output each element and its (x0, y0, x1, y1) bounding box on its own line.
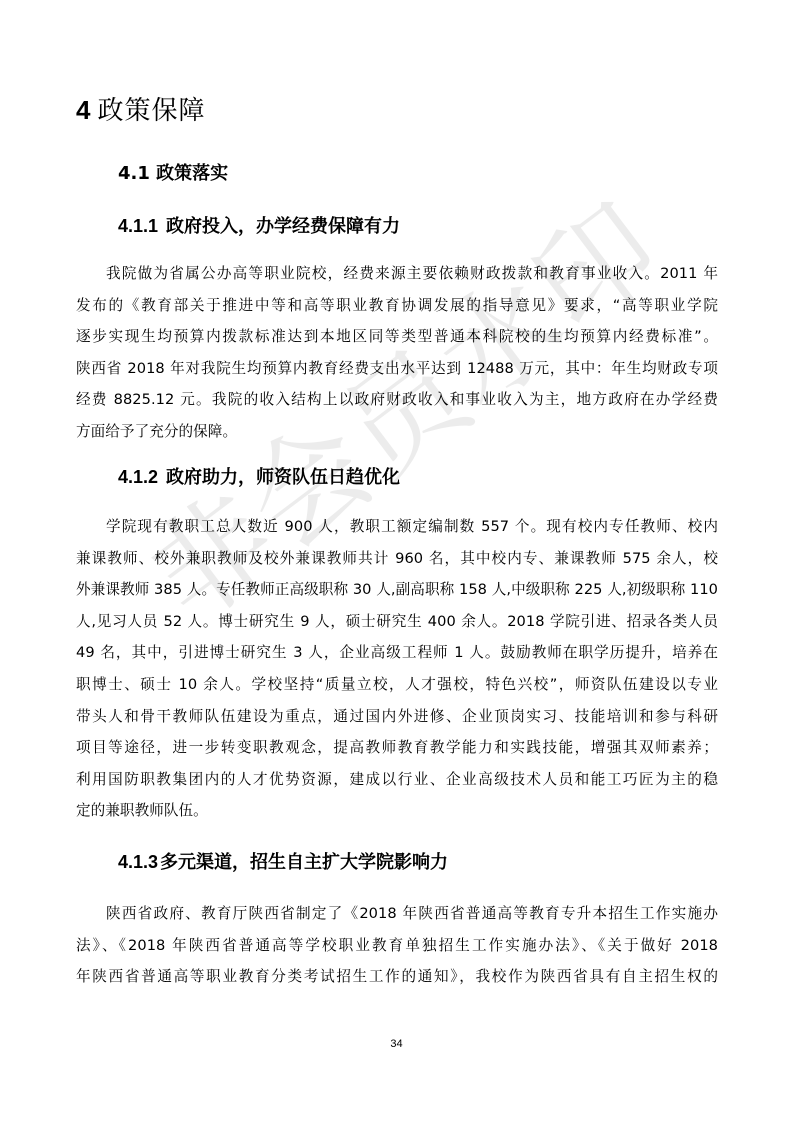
chapter-number: 4 (76, 95, 91, 125)
subsection-title: 政府助力，师资队伍日趋优化 (166, 467, 400, 488)
paragraph-enrollment: 陕西省政府、教育厅陕西省制定了《2018 年陕西省普通高等教育专升本招生工作实施… (76, 898, 718, 993)
subsection-number: 4.1.1 (118, 216, 158, 236)
text-line: 定的兼职教师队伍。 (76, 795, 718, 827)
chapter-heading: 4政策保障 (76, 90, 205, 131)
subsection-heading-4-1-1: 4.1.1政府投入，办学经费保障有力 (118, 212, 400, 241)
section-heading: 4.1 政策落实 (118, 160, 228, 188)
subsection-number: 4.1.2 (118, 467, 158, 487)
subsection-number: 4.1.3 (118, 852, 158, 872)
text-line: 学院现有教职工总人数近 900 人，教职工额定编制数 557 个。现有校内专任教… (76, 511, 718, 543)
paragraph-funding: 我院做为省属公办高等职业院校，经费来源主要依赖财政拨款和教育事业收入。2011 … (76, 258, 718, 448)
paragraph-faculty: 学院现有教职工总人数近 900 人，教职工额定编制数 557 个。现有校内专任教… (76, 511, 718, 827)
document-page: 非会员水印 4政策保障 4.1 政策落实 4.1.1政府投入，办学经费保障有力 … (0, 0, 793, 1122)
text-line: 陕西省 2018 年对我院生均预算内教育经费支出水平达到 12488 万元，其中… (76, 353, 718, 385)
text-line: 我院做为省属公办高等职业院校，经费来源主要依赖财政拨款和教育事业收入。2011 … (76, 258, 718, 290)
text-line: 利用国防职教集团内的人才优势资源，建成以行业、企业高级技术人员和能工巧匠为主的稳 (76, 764, 718, 796)
subsection-heading-4-1-2: 4.1.2政府助力，师资队伍日趋优化 (118, 463, 400, 492)
text-line: 项目等途径，进一步转变职教观念，提高教师教育教学能力和实践技能，增强其双师素养； (76, 732, 718, 764)
section-title: 政策落实 (156, 163, 228, 184)
text-line: 带头人和骨干教师队伍建设为重点，通过国内外进修、企业顶岗实习、技能培训和参与科研 (76, 701, 718, 733)
text-line: 外兼课教师 385 人。专任教师正高级职称 30 人,副高职称 158 人,中级… (76, 574, 718, 606)
text-line: 方面给予了充分的保障。 (76, 416, 718, 448)
page-number: 34 (0, 1038, 793, 1050)
text-line: 法》、《2018 年陕西省普通高等学校职业教育单独招生工作实施办法》、《关于做好… (76, 930, 718, 962)
subsection-heading-4-1-3: 4.1.3多元渠道，招生自主扩大学院影响力 (118, 848, 448, 877)
text-line: 陕西省政府、教育厅陕西省制定了《2018 年陕西省普通高等教育专升本招生工作实施… (76, 898, 718, 930)
text-line: 经费 8825.12 元。我院的收入结构上以政府财政收入和事业收入为主，地方政府… (76, 384, 718, 416)
subsection-title: 政府投入，办学经费保障有力 (166, 216, 400, 237)
subsection-title: 多元渠道，招生自主扩大学院影响力 (160, 852, 448, 873)
text-line: 发布的《教育部关于推进中等和高等职业教育协调发展的指导意见》要求，“高等职业学院 (76, 290, 718, 322)
section-number: 4.1 (118, 163, 150, 184)
text-line: 49 名，其中，引进博士研究生 3 人，企业高级工程师 1 人。鼓励教师在职学历… (76, 637, 718, 669)
text-line: 逐步实现生均预算内拨款标准达到本地区同等类型普通本科院校的生均预算内经费标准”。 (76, 321, 718, 353)
chapter-title: 政策保障 (97, 96, 205, 126)
text-line: 兼课教师、校外兼职教师及校外兼课教师共计 960 名，其中校内专、兼课教师 57… (76, 543, 718, 575)
text-line: 人,见习人员 52 人。博士研究生 9 人，硕士研究生 400 余人。2018 … (76, 606, 718, 638)
text-line: 年陕西省普通高等职业教育分类考试招生工作的通知》，我校作为陕西省具有自主招生权的 (76, 961, 718, 993)
text-line: 职博士、硕士 10 余人。学校坚持“质量立校，人才强校，特色兴校”，师资队伍建设… (76, 669, 718, 701)
